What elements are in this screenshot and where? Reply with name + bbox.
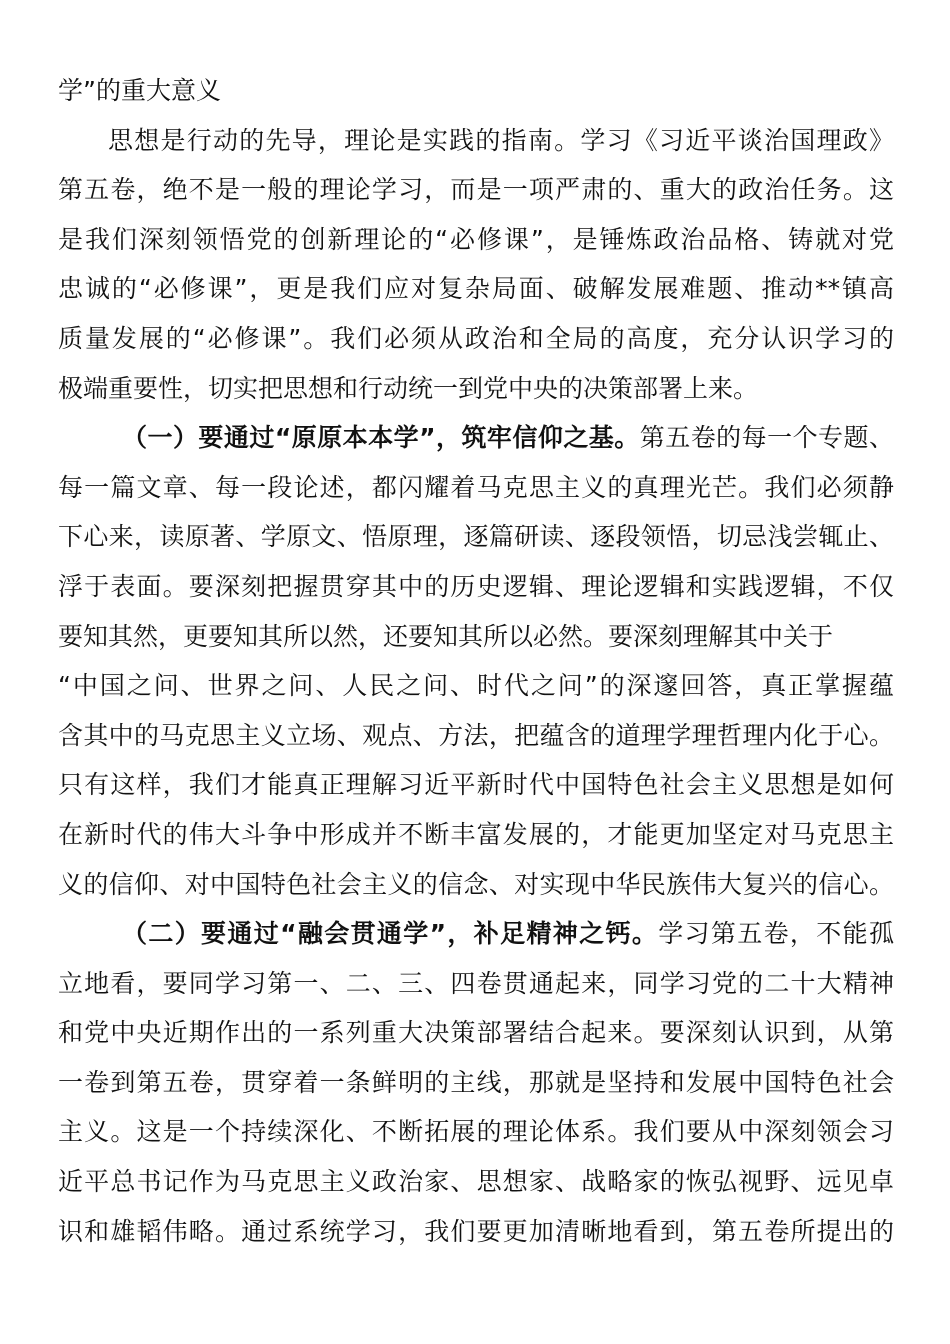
paragraph-line: 识和雄韬伟略。通过系统学习，我们要更加清晰地看到，第五卷所提出的 bbox=[58, 1207, 894, 1257]
paragraph-line: 思想是行动的先导，理论是实践的指南。学习《习近平谈治国理政》 bbox=[58, 116, 894, 166]
section-one-first-line-rest: 第五卷的每一个专题、 bbox=[640, 423, 894, 452]
paragraph-line: 浮于表面。要深刻把握贯穿其中的历史逻辑、理论逻辑和实践逻辑，不仅 bbox=[58, 562, 894, 612]
paragraph-line: 只有这样，我们才能真正理解习近平新时代中国特色社会主义思想是如何 bbox=[58, 760, 894, 810]
paragraph-line: 极端重要性，切实把思想和行动统一到党中央的决策部署上来。 bbox=[58, 364, 894, 414]
paragraph-line: 和党中央近期作出的一系列重大决策部署结合起来。要深刻认识到，从第 bbox=[58, 1008, 894, 1058]
document-page: 学”的重大意义 思想是行动的先导，理论是实践的指南。学习《习近平谈治国理政》 第… bbox=[58, 66, 894, 1256]
paragraph-line: “中国之问、世界之问、人民之问、时代之问”的深邃回答，真正掌握蕴 bbox=[58, 661, 894, 711]
paragraph-line: 第五卷，绝不是一般的理论学习，而是一项严肃的、重大的政治任务。这 bbox=[58, 165, 894, 215]
paragraph-line: 是我们深刻领悟党的创新理论的“必修课”，是锤炼政治品格、铸就对党 bbox=[58, 215, 894, 265]
paragraph-line: 义的信仰、对中国特色社会主义的信念、对实现中华民族伟大复兴的信心。 bbox=[58, 860, 894, 910]
paragraph-line: 要知其然，更要知其所以然，还要知其所以必然。要深刻理解其中关于 bbox=[58, 612, 894, 662]
section-two-first-line: （二）要通过“融会贯通学”，补足精神之钙。学习第五卷，不能孤 bbox=[58, 909, 894, 959]
paragraph-line: 在新时代的伟大斗争中形成并不断丰富发展的，才能更加坚定对马克思主 bbox=[58, 810, 894, 860]
section-two-title: （二）要通过“融会贯通学”，补足精神之钙。 bbox=[122, 919, 658, 948]
section-two: （二）要通过“融会贯通学”，补足精神之钙。学习第五卷，不能孤 立地看，要同学习第… bbox=[58, 909, 894, 1256]
section-one: （一）要通过“原原本本学”，筑牢信仰之基。第五卷的每一个专题、 每一篇文章、每一… bbox=[58, 413, 894, 909]
paragraph-line: 含其中的马克思主义立场、观点、方法，把蕴含的道理学理哲理内化于心。 bbox=[58, 711, 894, 761]
paragraph-line: 忠诚的“必修课”，更是我们应对复杂局面、破解发展难题、推动**镇高 bbox=[58, 264, 894, 314]
paragraph-intro: 思想是行动的先导，理论是实践的指南。学习《习近平谈治国理政》 第五卷，绝不是一般… bbox=[58, 116, 894, 414]
section-one-title: （一）要通过“原原本本学”，筑牢信仰之基。 bbox=[122, 423, 640, 452]
heading-tail: 学”的重大意义 bbox=[58, 66, 894, 116]
paragraph-line: 近平总书记作为马克思主义政治家、思想家、战略家的恢弘视野、远见卓 bbox=[58, 1157, 894, 1207]
paragraph-line: 每一篇文章、每一段论述，都闪耀着马克思主义的真理光芒。我们必须静 bbox=[58, 463, 894, 513]
paragraph-line: 一卷到第五卷，贯穿着一条鲜明的主线，那就是坚持和发展中国特色社会 bbox=[58, 1058, 894, 1108]
paragraph-line: 主义。这是一个持续深化、不断拓展的理论体系。我们要从中深刻领会习 bbox=[58, 1107, 894, 1157]
paragraph-line: 立地看，要同学习第一、二、三、四卷贯通起来，同学习党的二十大精神 bbox=[58, 959, 894, 1009]
section-one-first-line: （一）要通过“原原本本学”，筑牢信仰之基。第五卷的每一个专题、 bbox=[58, 413, 894, 463]
paragraph-line: 下心来，读原著、学原文、悟原理，逐篇研读、逐段领悟，切忌浅尝辄止、 bbox=[58, 512, 894, 562]
paragraph-line: 质量发展的“必修课”。我们必须从政治和全局的高度，充分认识学习的 bbox=[58, 314, 894, 364]
section-two-first-line-rest: 学习第五卷，不能孤 bbox=[658, 919, 894, 948]
